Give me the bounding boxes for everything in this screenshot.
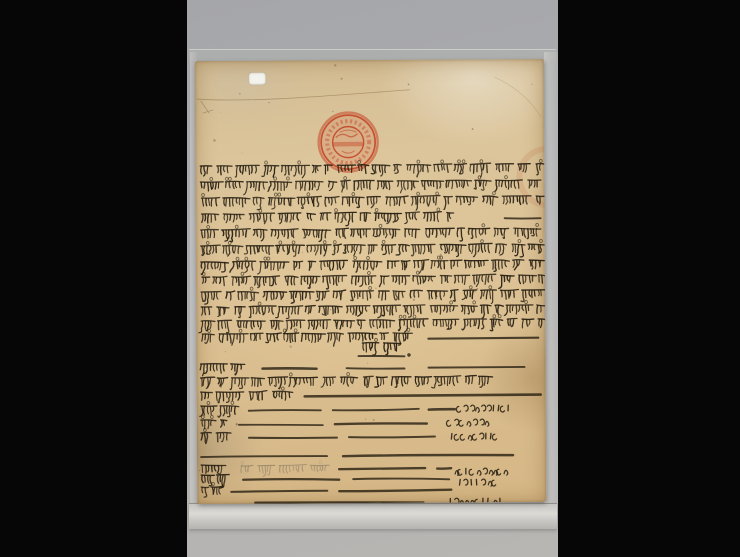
ledger-row: मोठ — [201, 481, 451, 497]
manuscript-line: आगे श्री गुरुज्यूका भरादार देवी … श्री प… — [201, 223, 541, 242]
ledger-row: जारी हुने २०१२ साल चैत्र वदि ७ … सम्वत् … — [201, 372, 493, 390]
ledger-row: निम्नवादी आयाको — [201, 385, 541, 402]
manuscript-line: … निम्नवादी भाडा और ताल … भाडा दिनेमा … … — [201, 255, 545, 274]
manuscript-line: र बाँकी भएका … लिएका … २०… — [202, 270, 545, 290]
manuscript-line: स्वस्ति श्री गिरीराजचक्रचूडामणि नरनारायण… — [200, 159, 544, 178]
ledger-row: ताला — ४१५६५॥।३ — [201, 460, 508, 477]
ledger-row: कमानी — २०१३ ३१ — [201, 473, 496, 488]
ledger-row: मोरु — ९६०८३१ — [201, 414, 489, 429]
manuscript-line: बाल वेपार परि दिएका ७ प्रहर पर्दा में … … — [201, 285, 545, 305]
manuscript-line: अति प्रबल श्रोत्रका नेपाल … श्रीमत् श्री… — [200, 175, 541, 195]
manuscript-line: बहु शक्ति श्रीपति श्रीमन् महाराजाधिराज श… — [201, 191, 544, 211]
letterbox-right — [558, 0, 740, 557]
manuscript-line: बहादुर शाह बहादुर शम्शेर जंग देवानां सदा… — [202, 207, 541, 226]
plastic-sleeve-bottom-band — [189, 503, 557, 529]
ledger-row: कागजी — ४१५६५॥।३ — [200, 400, 509, 418]
photo-area: (illegible emblem)स्वस्ति श्री गिरीराजचक… — [187, 0, 558, 557]
ledger-row: आम्दानी — [200, 362, 524, 376]
manuscript-ink-layer: (illegible emblem)स्वस्ति श्री गिरीराजचक… — [195, 59, 547, 504]
section-heading: तपसिल — [358, 338, 410, 356]
ledger-row — [201, 455, 513, 457]
manuscript-line: गुठी … २००२ साल … देखी ७ प्रहर … सेवा गर… — [201, 239, 545, 259]
plastic-sleeve-right-edge — [544, 52, 558, 526]
red-seal-stamp: (illegible emblem) — [318, 112, 377, 171]
manuscript-line: मकान गरेको … महादेव प्रसाद … देश … गरि द… — [201, 300, 545, 319]
letterbox-left — [0, 0, 187, 557]
ledger-row: सिक्का — १११५०।१८ — [201, 427, 497, 444]
manuscript-paper: (illegible emblem)स्वस्ति श्री गिरीराजचक… — [195, 59, 547, 504]
photograph-canvas: (illegible emblem)स्वस्ति श्री गिरीराजचक… — [0, 0, 740, 557]
